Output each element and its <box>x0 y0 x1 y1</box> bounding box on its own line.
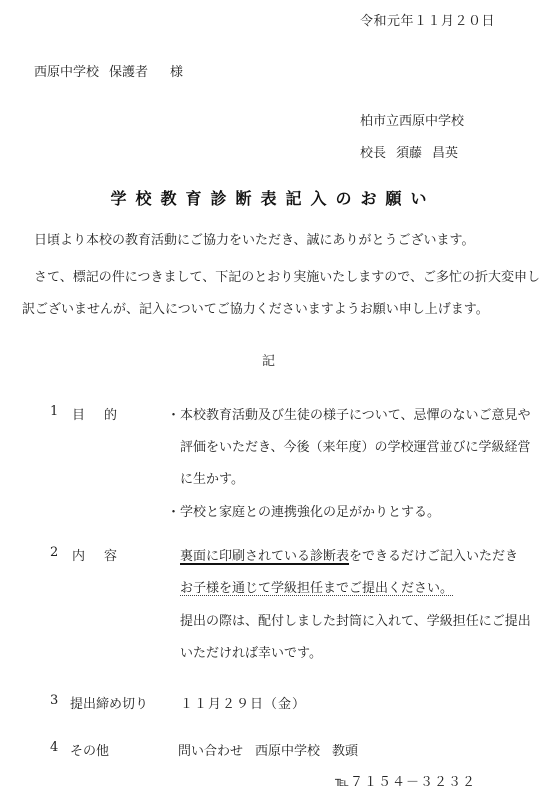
sender-organization: 柏市立西原中学校 <box>360 110 464 129</box>
bullet-line: に生かす。 <box>180 468 244 487</box>
deadline-date: １１月２９日（金） <box>180 693 306 712</box>
contact-school: 西原中学校 <box>255 744 320 759</box>
underlined-submit-instruction: お子様を通じて学級担任までご提出ください。 <box>180 577 453 596</box>
content-line-rest: をできるだけご記入いただき <box>349 549 518 564</box>
bullet-marker: ・ <box>167 501 180 520</box>
contact-label: 問い合わせ <box>178 744 243 759</box>
section-number: 3 <box>50 693 58 708</box>
phone-number: ７１５４－３２３２ <box>350 775 476 790</box>
content-line: 提出の際は、配付しました封筒に入れて、学級担任にご提出 <box>180 610 531 629</box>
section-number: 4 <box>50 740 58 755</box>
contact-person: 教頭 <box>332 744 358 759</box>
request-paragraph-line-1: さて、標記の件につきまして、下記のとおり実施いたしますので、ご多忙の折大変申し <box>34 270 540 286</box>
underlined-diagnosis-form-text: 裏面に印刷されている診断表 <box>180 549 349 564</box>
sender-principal: 校長須藤昌英 <box>360 142 458 161</box>
section-number: 1 <box>50 404 58 419</box>
phone-icon: ℡ <box>335 775 350 790</box>
sender-family-name: 須藤 <box>396 146 422 161</box>
bullet-line: 評価をいただき、今後（来年度）の学校運営並びに学級経営 <box>180 436 530 455</box>
recipient-honorific: 様 <box>170 65 183 80</box>
bullet-marker: ・ <box>167 404 180 423</box>
contact-line: 問い合わせ西原中学校教頭 <box>178 740 358 759</box>
sender-title: 校長 <box>360 146 386 161</box>
section-label-part: 的 <box>104 404 117 423</box>
section-label-part: 容 <box>104 545 117 564</box>
section-label-part: 内 <box>72 545 85 564</box>
section-label: その他 <box>70 740 109 759</box>
content-line: いただければ幸いです。 <box>180 642 322 661</box>
section-label: 提出締め切り <box>70 693 148 712</box>
recipient-line: 西原中学校保護者様 <box>34 61 183 80</box>
contact-phone: ℡７１５４－３２３２ <box>335 771 476 790</box>
bullet-line: 本校教育活動及び生徒の様子について、忌憚のないご意見や <box>180 404 530 423</box>
request-paragraph-line-2: 訳ございませんが、記入についてご協力くださいますようお願い申し上げます。 <box>22 302 489 318</box>
greeting-paragraph: 日頃より本校の教育活動にご協力をいただき、誠にありがとうございます。 <box>34 233 474 249</box>
bullet-line: 学校と家庭との連携強化の足がかりとする。 <box>180 501 440 520</box>
document-title: 学校教育診断表記入のお願い <box>0 186 546 209</box>
section-label-part: 目 <box>72 404 85 423</box>
recipient-school: 西原中学校 <box>34 65 99 80</box>
content-line: 裏面に印刷されている診断表をできるだけご記入いただき <box>180 545 518 564</box>
section-number: 2 <box>50 545 58 560</box>
recipient-role: 保護者 <box>109 65 148 80</box>
ki-heading: 記 <box>262 350 275 369</box>
sender-given-name: 昌英 <box>432 146 458 161</box>
document-date: 令和元年１１月２０日 <box>360 10 495 29</box>
